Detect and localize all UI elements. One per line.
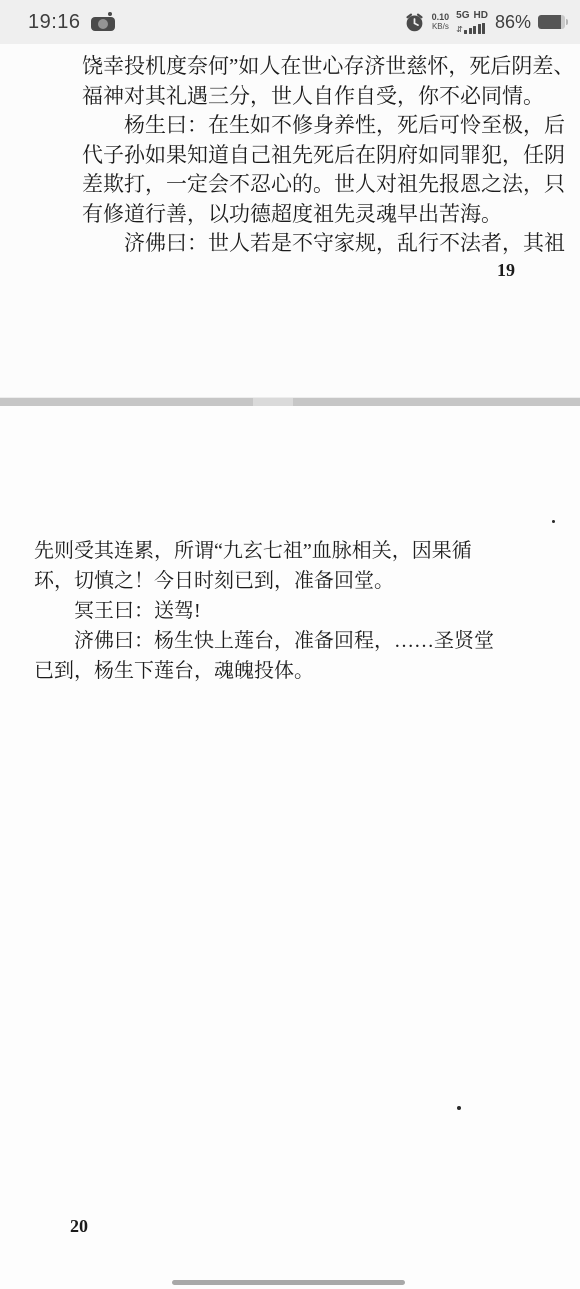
text-line: 差欺打，一定会不忍心的。世人对祖先报恩之法，只 (82, 170, 574, 200)
text-line: 环，切慎之！今日时刻已到，准备回堂。 (34, 566, 570, 596)
text-line: 冥王曰：送驾! (34, 596, 570, 626)
page-separator (0, 398, 580, 406)
cellular-signal-indicator: 5G HD ⇵ (456, 11, 488, 34)
text-line: 济佛曰：杨生快上莲台，准备回程，……圣贤堂 (34, 626, 570, 656)
network-speed-indicator: 0.10 KB/s (432, 13, 450, 31)
document-page-20[interactable]: 先则受其连累，所谓“九玄七祖”血脉相关，因果循 环，切慎之！今日时刻已到，准备回… (0, 406, 580, 1289)
text-line: 已到，杨生下莲台，魂魄投体。 (34, 656, 570, 686)
network-type-label: 5G (456, 11, 469, 21)
page-number-20: 20 (70, 1216, 88, 1237)
status-time: 19:16 (28, 11, 81, 34)
text-line: 福神对其礼遇三分，世人自作自受，你不必同情。 (82, 82, 574, 112)
signal-bars-icon: ⇵ (456, 23, 485, 34)
text-line: 杨生曰：在生如不修身养性，死后可怜至极，后 (82, 111, 574, 141)
document-page-19[interactable]: 饶幸投机度奈何”如人在世心存济世慈怀，死后阴差、 福神对其礼遇三分，世人自作自受… (0, 44, 580, 398)
page-number-19: 19 (497, 260, 515, 281)
page-19-text: 饶幸投机度奈何”如人在世心存济世慈怀，死后阴差、 福神对其礼遇三分，世人自作自受… (82, 52, 574, 259)
page-separator-notch (253, 398, 293, 406)
screen-record-icon (91, 12, 115, 32)
battery-percent-label: 86% (495, 12, 531, 33)
updown-arrows-icon: ⇵ (456, 26, 462, 34)
battery-icon (538, 15, 568, 29)
text-line: 先则受其连累，所谓“九玄七祖”血脉相关，因果循 (34, 536, 570, 566)
text-line: 饶幸投机度奈何”如人在世心存济世慈怀，死后阴差、 (82, 52, 574, 82)
text-line: 济佛曰：世人若是不守家规，乱行不法者，其祖 (82, 229, 574, 259)
page-20-text: 先则受其连累，所谓“九玄七祖”血脉相关，因果循 环，切慎之！今日时刻已到，准备回… (34, 536, 570, 686)
scan-speck (457, 1106, 461, 1110)
network-hd-label: HD (474, 11, 488, 21)
scan-speck (552, 520, 555, 523)
home-indicator-bar[interactable] (172, 1280, 405, 1285)
status-bar: 19:16 0.10 KB/s 5G HD ⇵ (0, 0, 580, 44)
battery-fill (538, 15, 561, 29)
network-speed-unit: KB/s (432, 23, 449, 31)
text-line: 代子孙如果知道自己祖先死后在阴府如同罪犯，任阴 (82, 141, 574, 171)
alarm-clock-icon (404, 12, 425, 33)
text-line: 有修道行善，以功德超度祖先灵魂早出苦海。 (82, 200, 574, 230)
